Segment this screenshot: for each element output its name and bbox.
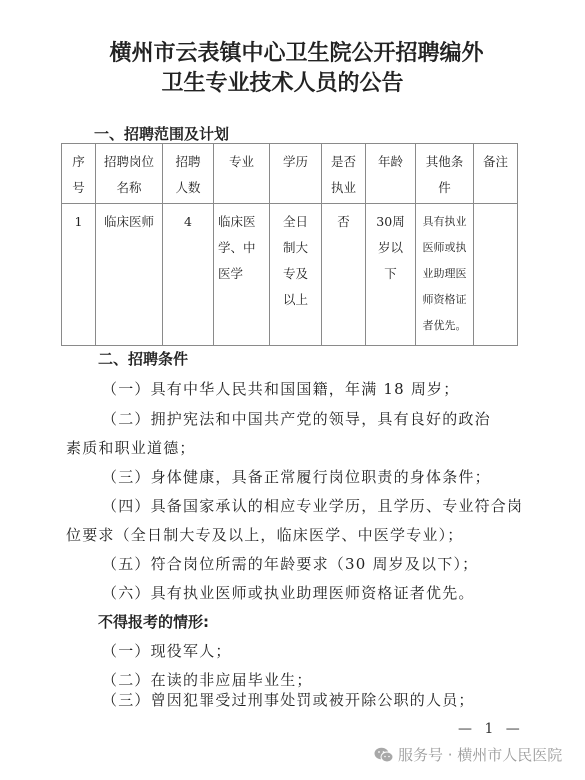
- condition-2-cont: 素质和职业道德；: [66, 437, 196, 458]
- exclusion-heading: 不得报考的情形:: [98, 611, 209, 632]
- section2-heading: 二、招聘条件: [98, 348, 188, 369]
- condition-4: （四）具备国家承认的相应专业学历，且学历、专业符合岗: [102, 495, 523, 516]
- exclusion-2: （二）在读的非应届毕业生；: [102, 669, 313, 690]
- document-title-line1: 横州市云表镇中心卫生院公开招聘编外: [4, 36, 585, 67]
- table-header-row: 序号 招聘岗位名称 招聘人数 专业 学历 是否执业 年龄 其他条件 备注: [62, 144, 518, 204]
- table-row: 1 临床医师 4 临床医学、中医学 全日制大专及以上 否 30周岁以下 具有执业…: [62, 204, 518, 346]
- wechat-icon: [374, 747, 394, 763]
- condition-1: （一）具有中华人民共和国国籍，年满 18 周岁；: [102, 378, 459, 399]
- cell-index: 1: [62, 204, 96, 346]
- section1-heading: 一、招聘范围及计划: [94, 123, 229, 144]
- cell-age: 30周岁以下: [366, 204, 416, 346]
- page-number: — 1 —: [458, 721, 524, 737]
- header-education: 学历: [270, 144, 322, 204]
- header-index: 序号: [62, 144, 96, 204]
- condition-2: （二）拥护宪法和中国共产党的领导，具有良好的政治: [102, 408, 491, 429]
- header-major: 专业: [214, 144, 270, 204]
- cell-count: 4: [163, 204, 214, 346]
- recruitment-plan-table: 序号 招聘岗位名称 招聘人数 专业 学历 是否执业 年龄 其他条件 备注 1 临…: [61, 143, 518, 346]
- cell-other: 具有执业医师或执业助理医师资格证者优先。: [416, 204, 474, 346]
- document-title-line2: 卫生专业技术人员的公告: [0, 66, 575, 97]
- cell-major: 临床医学、中医学: [214, 204, 270, 346]
- cell-licensed: 否: [322, 204, 366, 346]
- header-position: 招聘岗位名称: [96, 144, 163, 204]
- header-remark: 备注: [474, 144, 518, 204]
- exclusion-1: （一）现役军人；: [102, 640, 232, 661]
- header-count: 招聘人数: [163, 144, 214, 204]
- cell-remark: [474, 204, 518, 346]
- cell-education: 全日制大专及以上: [270, 204, 322, 346]
- watermark: 服务号 · 横州市人民医院: [374, 744, 562, 765]
- header-other: 其他条件: [416, 144, 474, 204]
- condition-6: （六）具有执业医师或执业助理医师资格证者优先。: [102, 582, 475, 603]
- watermark-text: 服务号 · 横州市人民医院: [398, 744, 562, 765]
- condition-5: （五）符合岗位所需的年龄要求（30 周岁及以下）；: [102, 553, 478, 574]
- cell-position: 临床医师: [96, 204, 163, 346]
- exclusion-3: （三）曾因犯罪受过刑事处罚或被开除公职的人员；: [102, 689, 475, 710]
- header-licensed: 是否执业: [322, 144, 366, 204]
- condition-4-cont: 位要求（全日制大专及以上，临床医学、中医学专业）；: [66, 524, 464, 545]
- header-age: 年龄: [366, 144, 416, 204]
- condition-3: （三）身体健康，具备正常履行岗位职责的身体条件；: [102, 466, 491, 487]
